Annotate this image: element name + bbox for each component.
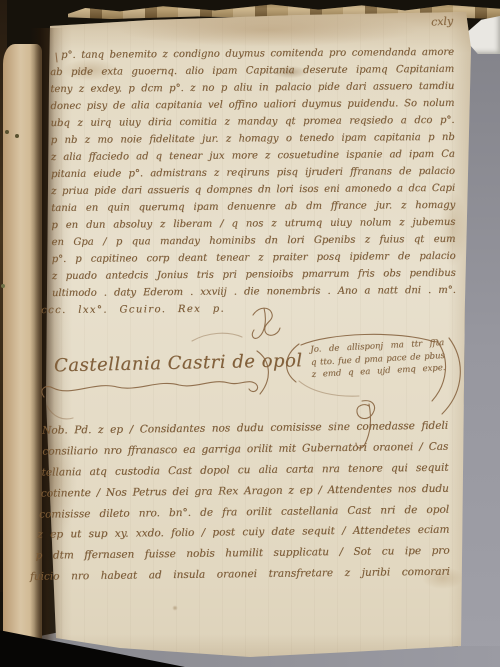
wormhole-dot bbox=[15, 134, 19, 138]
wormhole-dot bbox=[5, 130, 9, 134]
text-block-lower: Nob. Pd. z ep / Considantes nos dudu com… bbox=[12, 416, 450, 588]
text-block-upper: p°. tanq benemito z condigno duymus comi… bbox=[50, 44, 456, 319]
marginal-note: Jo. de allisponj ma ttr ffta q tto. fue … bbox=[310, 337, 446, 381]
folio-number: cxly bbox=[431, 14, 454, 28]
manuscript-line-dateline: ccc. lxx°. Gcuiro. Rex p. bbox=[41, 299, 456, 319]
wormhole-dot bbox=[1, 284, 5, 288]
manuscript-line: ultimodo . daty Ederom . xxviij . die no… bbox=[52, 282, 456, 302]
manuscript-photo: cxly p°. tanq benemito z condigno duymus… bbox=[0, 0, 500, 667]
